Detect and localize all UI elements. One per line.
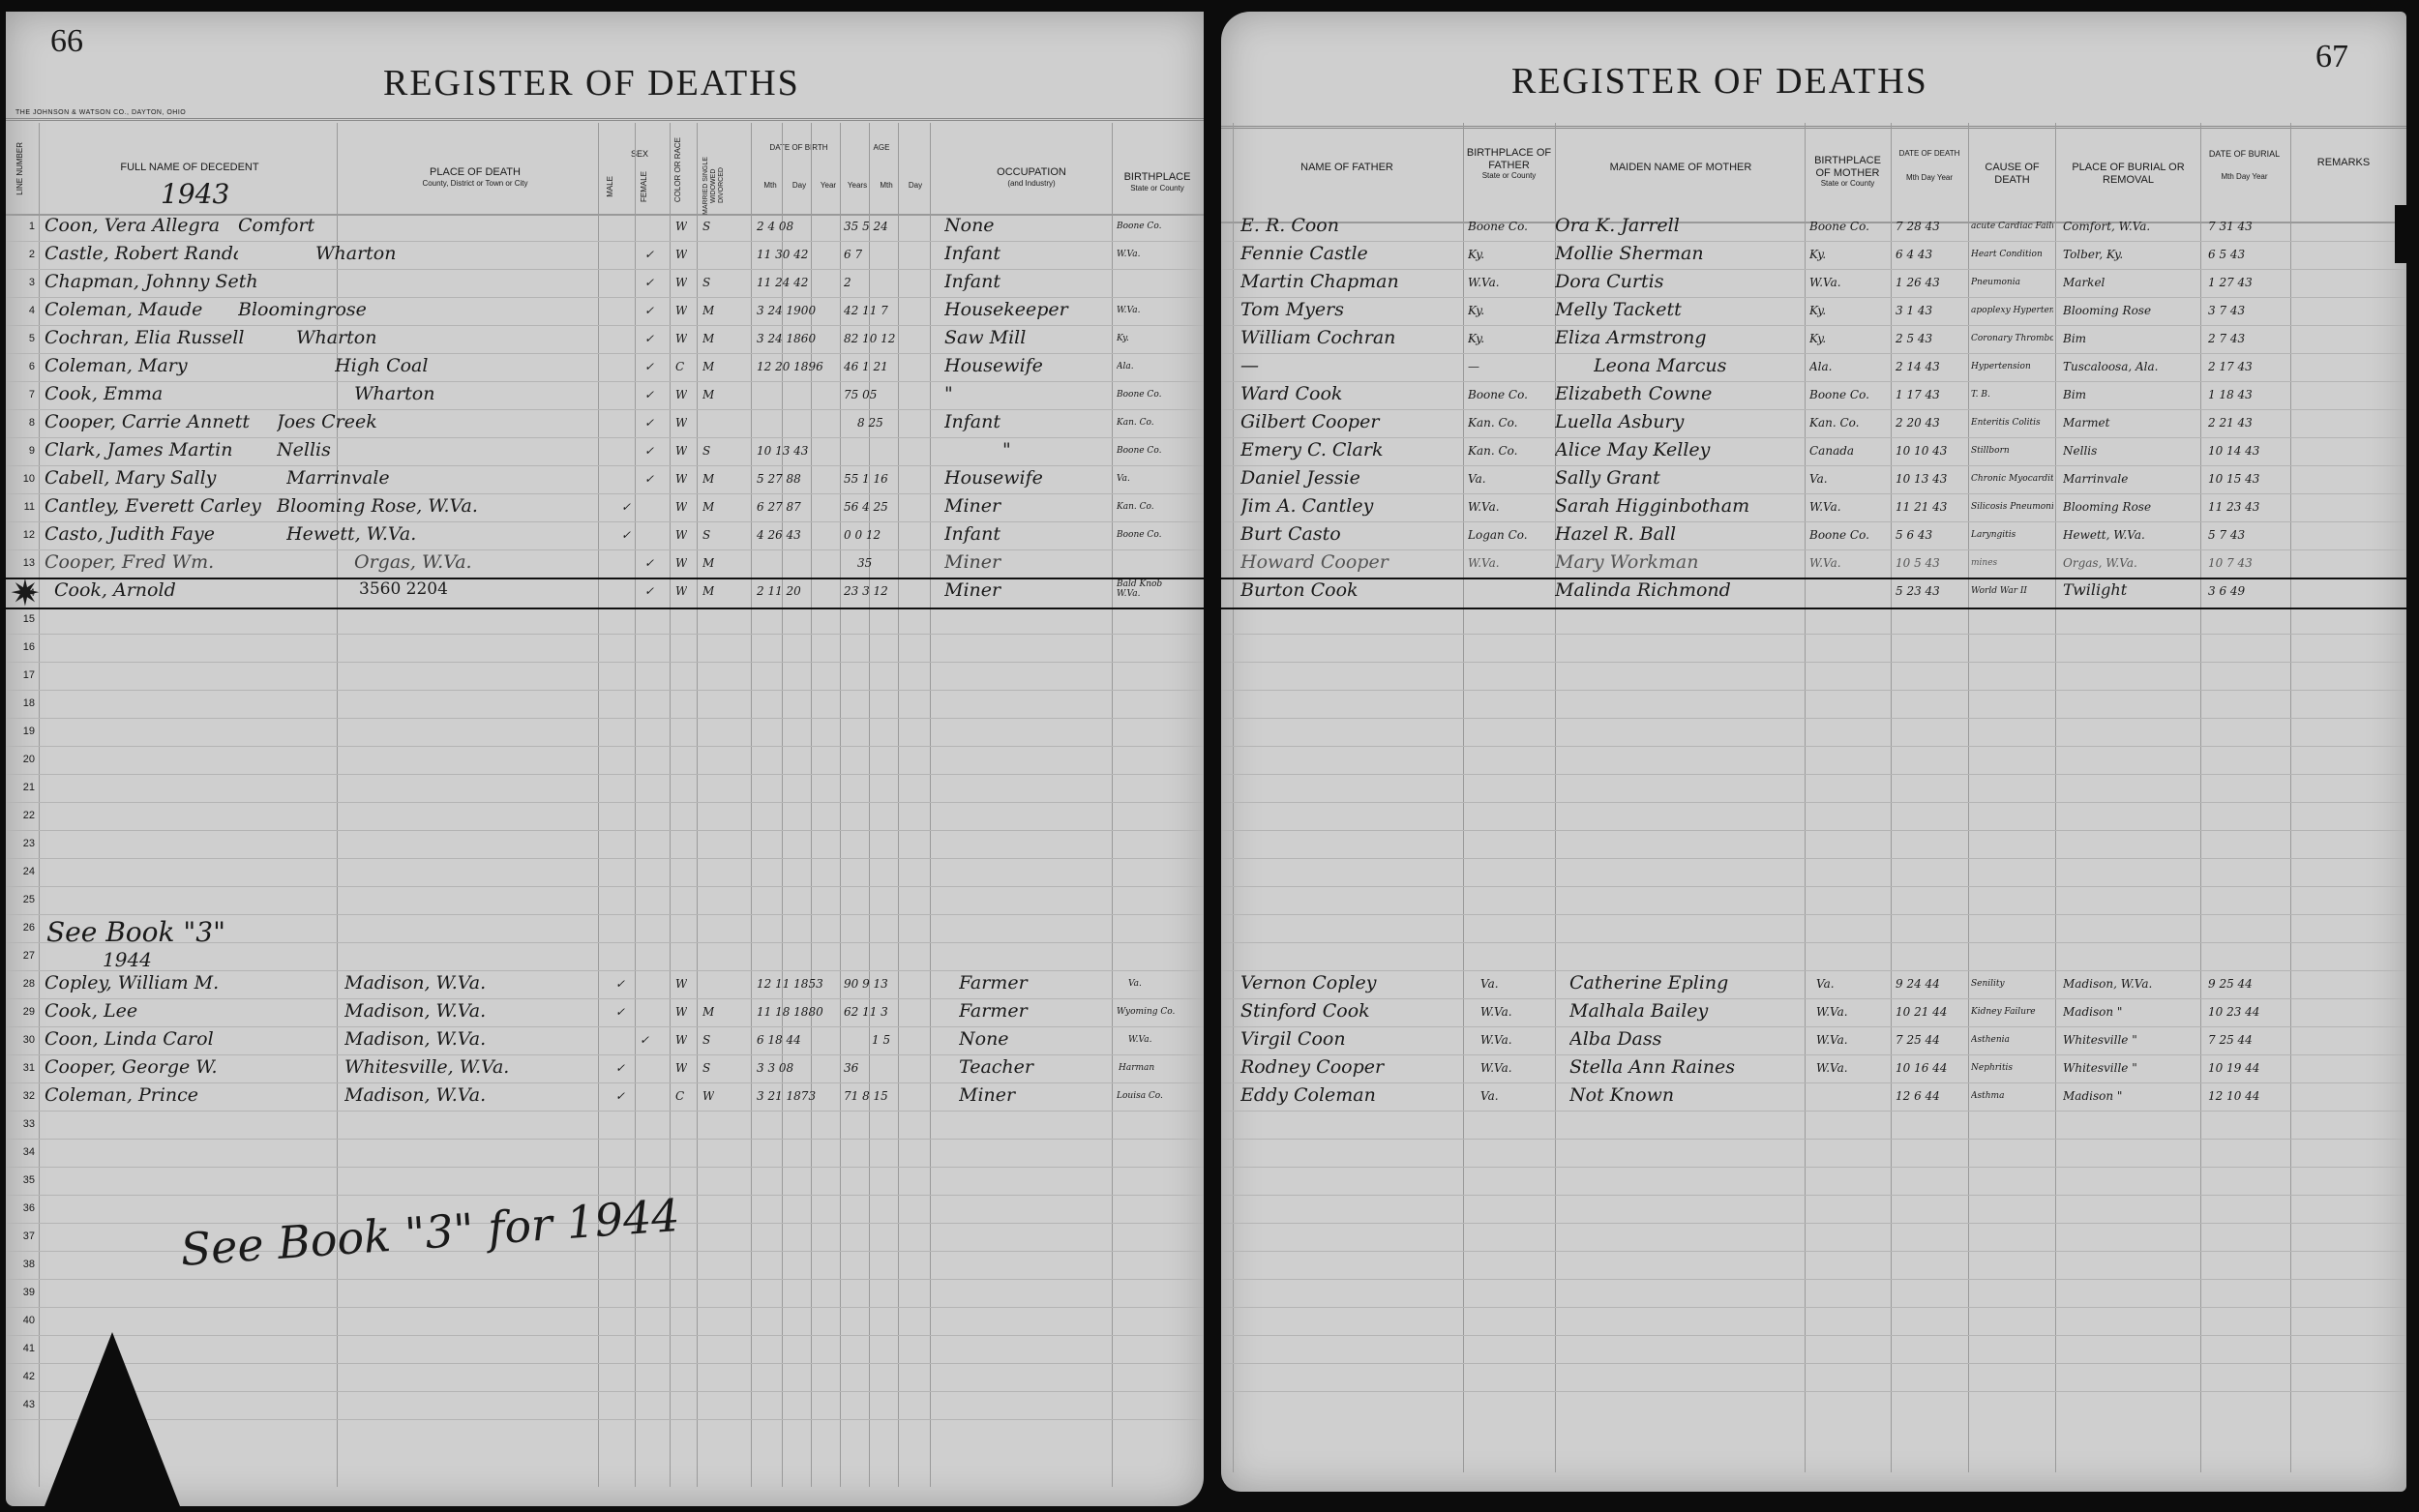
table-cell: 2 14 43	[1896, 360, 1940, 373]
ruled-line	[1221, 662, 2406, 691]
table-cell: Va.	[1128, 979, 1142, 989]
ruled-line: 18	[6, 690, 1204, 719]
table-cell: Blooming Rose	[2063, 500, 2198, 514]
ruled-line: 15	[6, 606, 1204, 635]
table-cell: 12 10 44	[2208, 1089, 2259, 1103]
table-cell: Infant	[944, 243, 1109, 264]
table-cell: 1 5	[872, 1033, 890, 1047]
table-cell: Blooming Rose	[2063, 304, 2198, 317]
ruled-line: 25	[6, 886, 1204, 915]
table-cell: 10 15 43	[2208, 472, 2259, 486]
table-cell: 6 4 43	[1896, 248, 1932, 261]
col-sex: SEX	[606, 149, 673, 159]
table-cell: W	[675, 472, 687, 486]
table-cell: Malinda Richmond	[1555, 579, 1797, 601]
table-cell: W	[675, 1033, 687, 1047]
table-cell: Sarah Higginbotham	[1555, 495, 1797, 517]
table-cell: Kan. Co.	[1809, 416, 1860, 430]
table-cell: Infant	[944, 523, 1109, 545]
table-cell: Boone Co.	[1809, 528, 1869, 542]
table-row: Cook, Lee Madison, W.Va. ✓ W M 11 18 188…	[6, 998, 1204, 1026]
ruled-line: 20	[6, 746, 1204, 775]
table-cell: 5 27 88	[757, 472, 801, 486]
table-cell: 10 10 43	[1896, 444, 1947, 458]
ruled-line: 16	[6, 634, 1204, 663]
table-cell: 62 11 3	[844, 1005, 888, 1019]
table-cell: W	[675, 1005, 687, 1019]
table-cell: Kan. Co.	[1117, 502, 1154, 512]
table-cell: acute Cardiac Failure	[1971, 222, 2053, 231]
col-age-years: Years	[843, 181, 872, 190]
table-cell: Ky.	[1468, 332, 1484, 345]
line-number: 18	[19, 697, 35, 709]
table-row-highlighted: Burton Cook Malinda Richmond 5 23 43 Wor…	[1221, 578, 2406, 606]
table-cell: Kan. Co.	[1468, 416, 1518, 430]
col-age-mth: Mth	[872, 181, 901, 190]
ruled-line	[1221, 1335, 2406, 1364]
table-cell: 56 4 25	[844, 500, 888, 514]
table-row: Virgil Coon W.Va. Alba Dass W.Va. 7 25 4…	[1221, 1026, 2406, 1054]
col-burial-date: DATE OF BURIAL Mth Day Year	[2203, 149, 2285, 182]
line-number: 15	[19, 613, 35, 625]
table-row-highlighted: ✷ Cook, Arnold 3560 2204 ✓ W M 2 11 20 2…	[6, 578, 1204, 606]
table-cell: Blooming Rose, W.Va.	[277, 495, 586, 517]
table-cell: 8 25	[857, 416, 883, 430]
table-cell: Heart Condition	[1971, 250, 2053, 259]
table-cell: 5 23 43	[1896, 584, 1940, 598]
table-cell: 75 05	[844, 388, 877, 401]
table-cell: None	[959, 1028, 1104, 1050]
table-cell: Nellis	[277, 439, 470, 460]
table-cell: W	[675, 977, 687, 991]
page-title: REGISTER OF DEATHS	[1511, 60, 1928, 103]
table-cell: 71 8 15	[844, 1089, 888, 1103]
table-cell: Ala.	[1117, 362, 1134, 371]
table-cell: M	[702, 584, 714, 598]
table-cell: Boone Co.	[1809, 220, 1869, 233]
table-cell: Farmer	[959, 1000, 1104, 1022]
table-cell: ✓	[644, 388, 654, 401]
line-number: 25	[19, 894, 35, 905]
table-cell: 11 21 43	[1896, 500, 1947, 514]
table-cell: High Coal	[335, 355, 528, 376]
table-cell: ✓	[644, 444, 654, 458]
table-cell: ✓	[615, 977, 625, 991]
table-cell: ✓	[621, 500, 631, 514]
col-line-number: Line Number	[15, 142, 35, 195]
table-cell: 0 0 12	[844, 528, 881, 542]
table-cell: Dora Curtis	[1555, 271, 1797, 292]
table-cell: 2 4 08	[757, 220, 793, 233]
ruled-line	[1221, 830, 2406, 859]
line-number: 21	[19, 782, 35, 793]
table-cell: 11 18 1880	[757, 1005, 823, 1019]
table-cell: ✓	[621, 528, 631, 542]
table-cell: Coon, Linda Carol	[45, 1028, 335, 1050]
table-cell: Stinford Cook	[1240, 1000, 1458, 1022]
table-cell: M	[702, 500, 714, 514]
ruled-line: 24	[6, 858, 1204, 887]
table-cell: Wharton	[315, 243, 509, 264]
table-cell: Eddy Coleman	[1240, 1084, 1458, 1106]
table-cell: 12 11 1853	[757, 977, 823, 991]
table-cell: W	[675, 388, 687, 401]
table-cell: Laryngitis	[1971, 530, 2053, 540]
ruled-line	[1221, 1279, 2406, 1308]
year-note-1943: 1943	[161, 178, 229, 210]
line-number: 36	[19, 1202, 35, 1214]
table-cell: 3 7 43	[2208, 304, 2245, 317]
line-number: 19	[19, 726, 35, 737]
table-cell: —	[1240, 355, 1458, 376]
ruled-line	[1221, 634, 2406, 663]
table-cell: Madison, W.Va.	[2063, 977, 2198, 991]
ruled-line	[1221, 942, 2406, 971]
table-cell: Wharton	[296, 327, 528, 348]
ruled-line	[1221, 858, 2406, 887]
table-cell: E. R. Coon	[1240, 215, 1458, 236]
table-cell: William Cochran	[1240, 327, 1458, 348]
table-row: Emery C. Clark Kan. Co. Alice May Kelley…	[1221, 437, 2406, 465]
table-cell: ✓	[644, 360, 654, 373]
table-cell: Ora K. Jarrell	[1555, 215, 1797, 236]
ruled-line	[1221, 1363, 2406, 1392]
table-cell: M	[702, 1005, 714, 1019]
table-cell: ✓	[644, 584, 654, 598]
table-cell: Logan Co.	[1468, 528, 1528, 542]
line-number: 22	[19, 810, 35, 821]
table-cell: 2 20 43	[1896, 416, 1940, 430]
table-cell: Wyoming Co.	[1117, 1007, 1175, 1017]
table-cell: Louisa Co.	[1117, 1091, 1163, 1101]
table-cell: 3 3 08	[757, 1061, 793, 1075]
table-cell: Rodney Cooper	[1240, 1056, 1458, 1078]
table-cell: Chronic Myocarditis	[1971, 474, 2053, 484]
table-cell: Asthma	[1971, 1091, 2053, 1101]
table-row: — — Leona Marcus Ala. 2 14 43 Hypertensi…	[1221, 353, 2406, 381]
ruled-line	[1221, 1251, 2406, 1280]
line-number: 33	[19, 1118, 35, 1130]
table-row: Castle, Robert Randall Wharton ✓ W 11 30…	[6, 241, 1204, 269]
table-cell: Cantley, Everett Carley	[45, 495, 277, 517]
table-cell: Bald Knob W.Va.	[1117, 579, 1184, 599]
table-cell: 3 24 1900	[757, 304, 816, 317]
table-cell: 3 1 43	[1896, 304, 1932, 317]
table-cell: W	[675, 248, 687, 261]
page-number: 66	[50, 23, 83, 60]
left-ledger-page: 66 REGISTER OF DEATHS THE JOHNSON & WATS…	[6, 12, 1204, 1506]
table-cell: Daniel Jessie	[1240, 467, 1458, 489]
table-cell: 11 23 43	[2208, 500, 2259, 514]
table-cell: ✓	[644, 304, 654, 317]
table-cell: W	[675, 220, 687, 233]
ruled-line: 34	[6, 1139, 1204, 1168]
table-row: E. R. Coon Boone Co. Ora K. Jarrell Boon…	[1221, 213, 2406, 241]
table-cell: Boone Co.	[1117, 390, 1161, 400]
table-cell: 7 25 44	[1896, 1033, 1940, 1047]
table-cell: Nephritis	[1971, 1063, 2053, 1073]
line-number: 40	[19, 1315, 35, 1326]
table-row: Coleman, Mary High Coal ✓ C M 12 20 1896…	[6, 353, 1204, 381]
col-female: Female	[640, 171, 669, 202]
col-place-of-death: PLACE OF DEATH County, District or Town …	[344, 166, 606, 188]
table-cell: 6 5 43	[2208, 248, 2245, 261]
line-number: 26	[19, 922, 35, 934]
table-cell: ✓	[615, 1089, 625, 1103]
table-cell: Mollie Sherman	[1555, 243, 1797, 264]
table-row: Eddy Coleman Va. Not Known 12 6 44 Asthm…	[1221, 1082, 2406, 1111]
table-row: Coleman, Maude Bloomingrose ✓ W M 3 24 1…	[6, 297, 1204, 325]
table-cell: Boone Co.	[1117, 530, 1161, 540]
table-cell: 4 26 43	[757, 528, 801, 542]
table-cell: 10 23 44	[2208, 1005, 2259, 1019]
table-cell: None	[944, 215, 1109, 236]
ruled-line: 19	[6, 718, 1204, 747]
table-cell: W.Va.	[1480, 1061, 1512, 1075]
table-row: Cooper, George W. Whitesville, W.Va. ✓ W…	[6, 1054, 1204, 1082]
table-cell: Alice May Kelley	[1555, 439, 1797, 460]
table-cell: W.Va.	[1468, 556, 1500, 570]
table-cell: 10 7 43	[2208, 556, 2253, 570]
line-number: 37	[19, 1230, 35, 1242]
table-cell: Housekeeper	[944, 299, 1109, 320]
table-cell: ✓	[644, 332, 654, 345]
table-cell: —	[1468, 360, 1479, 373]
table-cell: T. B.	[1971, 390, 2053, 400]
table-cell: 23 3 12	[844, 584, 888, 598]
table-cell: Cooper, George W.	[45, 1056, 335, 1078]
table-cell: 35	[857, 556, 872, 570]
table-cell: 46 1 21	[844, 360, 888, 373]
table-cell: W.Va.	[1816, 1033, 1848, 1047]
table-cell: Melly Tackett	[1555, 299, 1797, 320]
table-cell: S	[702, 1061, 710, 1075]
table-cell: Asthenia	[1971, 1035, 2053, 1045]
ruled-line: 33	[6, 1111, 1204, 1140]
table-cell: M	[702, 556, 714, 570]
table-cell: W.Va.	[1468, 276, 1500, 289]
page-tab-edge	[2395, 205, 2406, 263]
table-cell: 42 11 7	[844, 304, 888, 317]
table-cell: Tom Myers	[1240, 299, 1458, 320]
table-cell: 7 31 43	[2208, 220, 2253, 233]
table-cell: Marmet	[2063, 416, 2198, 430]
line-number: 42	[19, 1371, 35, 1382]
ruled-line	[1221, 1167, 2406, 1196]
table-cell: Alba Dass	[1569, 1028, 1802, 1050]
col-dob-year: Year	[814, 181, 843, 190]
ruled-line	[1221, 886, 2406, 915]
table-cell: 82 10 12	[844, 332, 895, 345]
table-cell: 3 24 1860	[757, 332, 816, 345]
table-cell: Ky.	[1809, 304, 1826, 317]
table-cell: 1 18 43	[2208, 388, 2253, 401]
table-row: Jim A. Cantley W.Va. Sarah Higginbotham …	[1221, 493, 2406, 521]
table-cell: Va.	[1816, 977, 1835, 991]
col-date-of-birth: DATE OF BIRTH	[753, 143, 845, 152]
col-mother-birthplace: BIRTHPLACE OF MOTHER State or County	[1807, 155, 1889, 188]
table-cell: 36	[844, 1061, 858, 1075]
table-cell: Cabell, Mary Sally	[45, 467, 277, 489]
ruled-line: 22	[6, 802, 1204, 831]
table-cell: W.Va.	[1809, 500, 1841, 514]
table-cell: Pneumonia	[1971, 278, 2053, 287]
table-cell: 10 13 43	[1896, 472, 1947, 486]
table-row: Copley, William M. Madison, W.Va. ✓ W 12…	[6, 970, 1204, 998]
line-number: 43	[19, 1399, 35, 1410]
table-cell: 10 16 44	[1896, 1061, 1947, 1075]
table-cell: W	[675, 276, 687, 289]
table-row: Cochran, Elia Russell Wharton ✓ W M 3 24…	[6, 325, 1204, 353]
table-cell: M	[702, 304, 714, 317]
col-dob-day: Day	[785, 181, 814, 190]
table-cell: 35 5 24	[844, 220, 888, 233]
table-cell: Eliza Armstrong	[1555, 327, 1797, 348]
col-cause: CAUSE OF DEATH	[1971, 162, 2053, 186]
table-row: Gilbert Cooper Kan. Co. Luella Asbury Ka…	[1221, 409, 2406, 437]
ruled-line	[1221, 718, 2406, 747]
table-cell: 2 17 43	[2208, 360, 2253, 373]
table-cell: 11 24 42	[757, 276, 808, 289]
table-cell: W.Va.	[1816, 1061, 1848, 1075]
table-cell: Coleman, Mary	[45, 355, 296, 376]
table-cell: Kan. Co.	[1468, 444, 1518, 458]
table-row: Cooper, Fred Wm. Orgas, W.Va. ✓ W M 35 M…	[6, 549, 1204, 578]
table-cell: 55 1 16	[844, 472, 888, 486]
table-cell: M	[702, 388, 714, 401]
table-cell: M	[702, 472, 714, 486]
table-cell: W.Va.	[1480, 1033, 1512, 1047]
table-cell: Madison "	[2063, 1005, 2198, 1019]
ruled-line: 21	[6, 774, 1204, 803]
table-cell: W	[675, 444, 687, 458]
table-cell: Leona Marcus	[1594, 355, 1797, 376]
table-cell: Malhala Bailey	[1569, 1000, 1802, 1022]
table-cell: 1 17 43	[1896, 388, 1940, 401]
table-cell: apoplexy Hypertension	[1971, 306, 2053, 315]
table-cell: Va.	[1809, 472, 1828, 486]
line-number: 24	[19, 866, 35, 877]
line-number: 23	[19, 838, 35, 849]
table-cell: Orgas, W.Va.	[2063, 556, 2198, 570]
table-cell: W	[675, 500, 687, 514]
line-number: 39	[19, 1287, 35, 1298]
ruled-line	[1221, 1223, 2406, 1252]
table-row: Coleman, Prince Madison, W.Va. ✓ C W 3 2…	[6, 1082, 1204, 1111]
table-row: Tom Myers Ky. Melly Tackett Ky. 3 1 43 a…	[1221, 297, 2406, 325]
table-cell: W.Va.	[1809, 276, 1841, 289]
table-cell: Ky.	[1117, 334, 1129, 343]
table-cell: Twilight	[2063, 580, 2198, 599]
col-male: Male	[606, 176, 635, 197]
col-dob-mth: Mth	[756, 181, 785, 190]
col-birthplace: BIRTHPLACE State or County	[1114, 171, 1201, 193]
table-cell: Coleman, Prince	[45, 1084, 335, 1106]
table-cell: Mary Workman	[1555, 551, 1797, 573]
ruled-line	[1221, 746, 2406, 775]
table-cell: Enteritis Colitis	[1971, 418, 2053, 428]
table-cell: 11 30 42	[757, 248, 808, 261]
table-cell: Canada	[1809, 444, 1854, 458]
col-burial-place: PLACE OF BURIAL OR REMOVAL	[2058, 162, 2198, 186]
table-cell: S	[702, 220, 710, 233]
table-cell: Silicosis Pneumonia	[1971, 502, 2053, 512]
table-cell: Elizabeth Cowne	[1555, 383, 1797, 404]
table-row: Cooper, Carrie Annett Joes Creek ✓ W 8 2…	[6, 409, 1204, 437]
table-row: Cantley, Everett Carley Blooming Rose, W…	[6, 493, 1204, 521]
table-cell: Ala.	[1809, 360, 1832, 373]
table-row: William Cochran Ky. Eliza Armstrong Ky. …	[1221, 325, 2406, 353]
table-cell: Markel	[2063, 276, 2198, 289]
table-cell: W	[675, 556, 687, 570]
table-cell: S	[702, 1033, 710, 1047]
table-cell: Jim A. Cantley	[1240, 495, 1458, 517]
table-cell: Boone Co.	[1117, 446, 1161, 456]
table-cell: Teacher	[959, 1056, 1104, 1078]
see-book-note: See Book "3"	[46, 916, 225, 948]
table-cell: Castle, Robert Randall	[45, 243, 238, 264]
table-cell: 10 21 44	[1896, 1005, 1947, 1019]
col-occupation: OCCUPATION (and Industry)	[935, 166, 1128, 188]
col-full-name: FULL NAME OF DECEDENT	[45, 162, 335, 174]
table-cell: 10 19 44	[2208, 1061, 2259, 1075]
table-cell: 5 6 43	[1896, 528, 1932, 542]
table-cell: Boone Co.	[1117, 222, 1161, 231]
table-cell: Coon, Vera Allegra	[45, 215, 238, 236]
table-cell: Coronary Thrombosis	[1971, 334, 2053, 343]
table-cell: Burt Casto	[1240, 523, 1458, 545]
table-cell: Miner	[944, 579, 1109, 601]
table-cell: Va.	[1480, 977, 1499, 991]
ruled-line: 35	[6, 1167, 1204, 1196]
col-father-birthplace: BIRTHPLACE OF FATHER State or County	[1463, 147, 1555, 180]
table-cell: "	[1002, 439, 1109, 460]
table-cell: Miner	[944, 495, 1109, 517]
table-cell: 2 11 20	[757, 584, 801, 598]
table-cell: Clark, James Martin	[45, 439, 277, 460]
table-cell: Farmer	[959, 972, 1104, 993]
table-row: Ward Cook Boone Co. Elizabeth Cowne Boon…	[1221, 381, 2406, 409]
col-date-of-death: DATE OF DEATH Mth Day Year	[1891, 149, 1968, 182]
col-color: Color or Race	[673, 137, 693, 202]
table-cell: 10 5 43	[1896, 556, 1940, 570]
table-row: Cabell, Mary Sally Marrinvale ✓ W M 5 27…	[6, 465, 1204, 493]
table-cell: 1 27 43	[2208, 276, 2253, 289]
table-row: Vernon Copley Va. Catherine Epling Va. 9…	[1221, 970, 2406, 998]
table-cell: Hewett, W.Va.	[286, 523, 577, 545]
table-cell: Cook, Lee	[45, 1000, 335, 1022]
table-cell: M	[702, 332, 714, 345]
table-cell: Bloomingrose	[238, 299, 528, 320]
table-cell: Cook, Arnold	[54, 579, 267, 601]
ruled-line: 17	[6, 662, 1204, 691]
table-cell: W.Va.	[1480, 1005, 1512, 1019]
col-father: NAME OF FATHER	[1240, 162, 1453, 174]
table-cell: Casto, Judith Faye	[45, 523, 257, 545]
table-row: Chapman, Johnny Seth ✓ W S 11 24 42 2 In…	[6, 269, 1204, 297]
table-cell: 9 25 44	[2208, 977, 2253, 991]
ruled-line	[1221, 1139, 2406, 1168]
table-cell: Whitesville "	[2063, 1033, 2198, 1047]
line-number: 34	[19, 1146, 35, 1158]
table-cell: Infant	[944, 411, 1109, 432]
col-mother: MAIDEN NAME OF MOTHER	[1560, 162, 1802, 174]
ruled-line: 41	[6, 1335, 1204, 1364]
table-cell: C	[675, 360, 684, 373]
table-cell: Boone Co.	[1468, 388, 1528, 401]
table-cell: 2 7 43	[2208, 332, 2245, 345]
table-cell: Martin Chapman	[1240, 271, 1458, 292]
